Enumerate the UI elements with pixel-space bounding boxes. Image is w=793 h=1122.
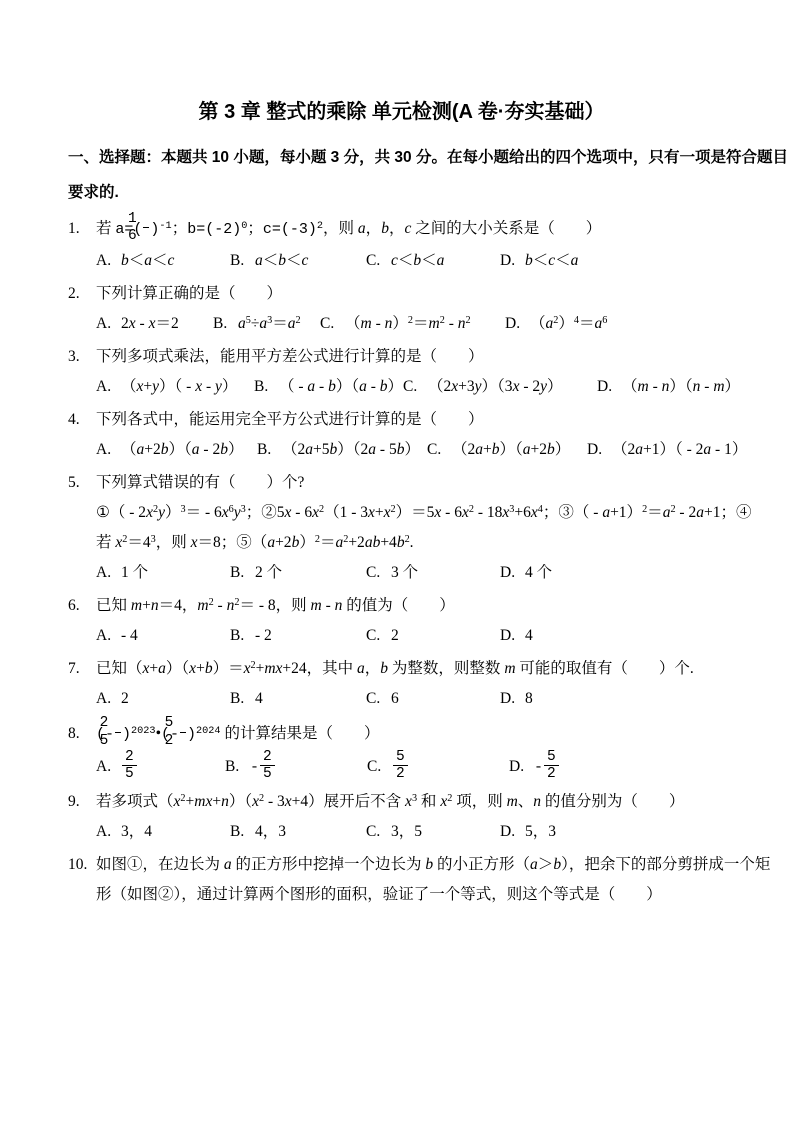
question-stem: 6.已知 m+n＝4，m2 - n2＝ - 8，则 m - n 的值为（ ） xyxy=(68,591,735,621)
option-A: A.3，4 xyxy=(96,817,230,847)
option-label: A. xyxy=(96,621,121,651)
option-label: D. xyxy=(500,684,525,714)
option-text: b＜a＜c xyxy=(121,252,174,269)
option-B: B.-25 xyxy=(225,751,367,784)
question-options: A.2x - x＝2B.a5÷a3＝a2C.（m - n）2＝m2 - n2D.… xyxy=(96,309,735,339)
question-stem: 2.下列计算正确的是（ ） xyxy=(68,279,735,309)
question-text: 下列各式中，能运用完全平方公式进行计算的是（ ） xyxy=(96,411,484,428)
exam-document: 第 3 章 整式的乘除 单元检测(A 卷·夯实基础） 一、选择题：本题共 10 … xyxy=(0,0,793,1122)
option-B: B.（2a+5b）（2a - 5b） xyxy=(257,435,427,465)
question-2: 2.下列计算正确的是（ ）A.2x - x＝2B.a5÷a3＝a2C.（m - … xyxy=(68,279,735,339)
option-text: 2 xyxy=(391,627,399,644)
question-number: 9. xyxy=(68,787,96,817)
option-text: （ - a - b）（a - b） xyxy=(279,378,403,395)
option-label: A. xyxy=(96,752,121,782)
option-text: 25 xyxy=(121,758,138,775)
option-label: A. xyxy=(96,435,121,465)
option-B: B.a5÷a3＝a2 xyxy=(213,309,320,339)
option-label: A. xyxy=(96,817,121,847)
option-label: A. xyxy=(96,558,121,588)
option-C: C.2 xyxy=(366,621,500,651)
option-label: A. xyxy=(96,684,121,714)
question-4: 4.下列各式中，能运用完全平方公式进行计算的是（ ）A.（a+2b）（a - 2… xyxy=(68,405,735,465)
fraction: 52 xyxy=(544,749,559,782)
option-B: B.- 2 xyxy=(230,621,366,651)
question-text: 已知（x+a）（x+b）＝x2+mx+24，其中 a，b 为整数，则整数 m 可… xyxy=(96,660,694,677)
option-label: B. xyxy=(230,621,255,651)
question-text: 若多项式（x2+mx+n）（x2 - 3x+4）展开后不含 x3 和 x2 项，… xyxy=(96,793,684,810)
question-stem: 9.若多项式（x2+mx+n）（x2 - 3x+4）展开后不含 x3 和 x2 … xyxy=(68,787,735,817)
question-number: 4. xyxy=(68,405,96,435)
question-stem: 8.(-25)2023•(-52)2024 的计算结果是（ ） xyxy=(68,717,735,750)
option-D: D.4 xyxy=(500,621,735,651)
option-text: 3 个 xyxy=(391,564,418,581)
option-text: （x+y）（ - x - y） xyxy=(121,378,237,395)
question-10: 10.如图①，在边长为 a 的正方形中挖掉一个边长为 b 的小正方形（a＞b），… xyxy=(68,850,735,910)
option-text: 5，3 xyxy=(525,823,556,840)
fraction: 52 xyxy=(393,749,408,782)
option-text: 8 xyxy=(525,690,533,707)
option-text: （2x+3y）（3x - 2y） xyxy=(428,378,563,395)
question-3: 3.下列多项式乘法，能用平方差公式进行计算的是（ ）A.（x+y）（ - x -… xyxy=(68,342,735,402)
option-label: D. xyxy=(500,558,525,588)
fraction: 25 xyxy=(115,715,121,748)
option-label: B. xyxy=(230,558,255,588)
option-text: 2x - x＝2 xyxy=(121,315,179,332)
option-C: C.（2x+3y）（3x - 2y） xyxy=(403,372,597,402)
option-C: C.（2a+b）（a+2b） xyxy=(427,435,587,465)
option-text: 2 xyxy=(121,690,129,707)
option-text: 52 xyxy=(392,758,409,775)
option-label: C. xyxy=(366,684,391,714)
question-options: A.3，4B.4，3C.3，5D.5，3 xyxy=(96,817,735,847)
option-text: 4 个 xyxy=(525,564,552,581)
option-label: C. xyxy=(366,558,391,588)
option-text: - 4 xyxy=(121,627,138,644)
question-8: 8.(-25)2023•(-52)2024 的计算结果是（ ）A.25B.-25… xyxy=(68,717,735,784)
option-label: D. xyxy=(505,309,530,339)
option-text: （2a+b）（a+2b） xyxy=(452,441,570,458)
option-text: （2a+1）（ - 2a - 1） xyxy=(612,441,747,458)
fraction: 25 xyxy=(122,749,137,782)
option-text: 3，4 xyxy=(121,823,152,840)
option-text: -25 xyxy=(250,758,276,775)
option-C: C.3 个 xyxy=(366,558,500,588)
option-A: A.25 xyxy=(96,751,225,784)
option-label: A. xyxy=(96,372,121,402)
option-text: a＜b＜c xyxy=(255,252,308,269)
option-label: B. xyxy=(230,246,255,276)
option-text: （m - n）（n - m） xyxy=(622,378,740,395)
question-text: (-25)2023•(-52)2024 的计算结果是（ ） xyxy=(96,725,379,742)
question-6: 6.已知 m+n＝4，m2 - n2＝ - 8，则 m - n 的值为（ ）A.… xyxy=(68,591,735,651)
question-number: 10. xyxy=(68,850,96,880)
option-D: D.-52 xyxy=(509,751,735,784)
question-number: 2. xyxy=(68,279,96,309)
option-D: D.5，3 xyxy=(500,817,735,847)
option-A: A.1 个 xyxy=(96,558,230,588)
option-text: 4，3 xyxy=(255,823,286,840)
option-text: 2 个 xyxy=(255,564,282,581)
option-label: C. xyxy=(320,309,345,339)
option-text: a5÷a3＝a2 xyxy=(238,315,301,332)
option-label: C. xyxy=(366,817,391,847)
option-text: - 2 xyxy=(255,627,272,644)
option-text: b＜c＜a xyxy=(525,252,578,269)
question-text: 如图①，在边长为 a 的正方形中挖掉一个边长为 b 的小正方形（a＞b），把余下… xyxy=(96,856,770,903)
option-text: -52 xyxy=(534,758,560,775)
fraction: 52 xyxy=(180,715,186,748)
question-number: 3. xyxy=(68,342,96,372)
question-stem: 7.已知（x+a）（x+b）＝x2+mx+24，其中 a，b 为整数，则整数 m… xyxy=(68,654,735,684)
question-stem: 3.下列多项式乘法，能用平方差公式进行计算的是（ ） xyxy=(68,342,735,372)
question-number: 5. xyxy=(68,468,96,498)
question-options: A.2B.4C.6D.8 xyxy=(96,684,735,714)
option-label: B. xyxy=(225,752,250,782)
option-B: B.a＜b＜c xyxy=(230,246,366,276)
option-C: C.52 xyxy=(367,751,509,784)
option-A: A.2 xyxy=(96,684,230,714)
option-text: c＜b＜a xyxy=(391,252,444,269)
option-A: A.- 4 xyxy=(96,621,230,651)
question-number: 7. xyxy=(68,654,96,684)
option-D: D.b＜c＜a xyxy=(500,246,735,276)
question-1: 1.若 a=(16)-1；b=(-2)0；c=(-3)2，则 a，b，c 之间的… xyxy=(68,213,735,276)
question-options: A.b＜a＜cB.a＜b＜cC.c＜b＜aD.b＜c＜a xyxy=(96,246,735,276)
option-label: C. xyxy=(367,752,392,782)
question-number: 8. xyxy=(68,719,96,749)
fraction: 16 xyxy=(143,211,149,244)
option-C: C.（m - n）2＝m2 - n2 xyxy=(320,309,505,339)
option-label: D. xyxy=(500,621,525,651)
option-text: 4 xyxy=(525,627,533,644)
option-C: C.c＜b＜a xyxy=(366,246,500,276)
question-text: 下列算式错误的有（ ）个? xyxy=(96,474,304,491)
exam-title: 第 3 章 整式的乘除 单元检测(A 卷·夯实基础） xyxy=(68,98,735,126)
question-7: 7.已知（x+a）（x+b）＝x2+mx+24，其中 a，b 为整数，则整数 m… xyxy=(68,654,735,714)
question-options: A.（a+2b）（a - 2b）B.（2a+5b）（2a - 5b）C.（2a+… xyxy=(96,435,735,465)
option-D: D.（a2）4＝a6 xyxy=(505,309,735,339)
question-text: 下列计算正确的是（ ） xyxy=(96,285,282,302)
questions: 1.若 a=(16)-1；b=(-2)0；c=(-3)2，则 a，b，c 之间的… xyxy=(68,213,735,910)
option-label: D. xyxy=(597,372,622,402)
option-D: D.4 个 xyxy=(500,558,735,588)
question-body: ①（ - 2x2y）3＝ - 6x6y3；②5x - 6x2（1 - 3x+x2… xyxy=(96,498,735,558)
question-5: 5.下列算式错误的有（ ）个?①（ - 2x2y）3＝ - 6x6y3；②5x … xyxy=(68,468,735,588)
fraction: 25 xyxy=(260,749,275,782)
option-A: A.（a+2b）（a - 2b） xyxy=(96,435,257,465)
option-label: D. xyxy=(509,752,534,782)
option-D: D.（m - n）（n - m） xyxy=(597,372,740,402)
question-options: A.1 个B.2 个C.3 个D.4 个 xyxy=(96,558,735,588)
option-A: A.b＜a＜c xyxy=(96,246,230,276)
question-stem: 10.如图①，在边长为 a 的正方形中挖掉一个边长为 b 的小正方形（a＞b），… xyxy=(68,850,735,910)
option-label: A. xyxy=(96,309,121,339)
option-label: A. xyxy=(96,246,121,276)
option-label: D. xyxy=(587,435,612,465)
option-text: （a+2b）（a - 2b） xyxy=(121,441,243,458)
option-label: B. xyxy=(230,817,255,847)
option-B: B.4 xyxy=(230,684,366,714)
option-D: D.（2a+1）（ - 2a - 1） xyxy=(587,435,747,465)
question-stem: 1.若 a=(16)-1；b=(-2)0；c=(-3)2，则 a，b，c 之间的… xyxy=(68,213,735,246)
question-number: 1. xyxy=(68,214,96,244)
option-text: 3，5 xyxy=(391,823,422,840)
question-options: A.（x+y）（ - x - y）B.（ - a - b）（a - b）C.（2… xyxy=(96,372,735,402)
question-text: 下列多项式乘法，能用平方差公式进行计算的是（ ） xyxy=(96,348,484,365)
option-D: D.8 xyxy=(500,684,735,714)
section-instructions: 一、选择题：本题共 10 小题，每小题 3 分，共 30 分。在每小题给出的四个… xyxy=(68,140,735,210)
question-options: A.- 4B.- 2C.2D.4 xyxy=(96,621,735,651)
question-text: 已知 m+n＝4，m2 - n2＝ - 8，则 m - n 的值为（ ） xyxy=(96,597,455,614)
option-C: C.3，5 xyxy=(366,817,500,847)
question-number: 6. xyxy=(68,591,96,621)
option-label: C. xyxy=(427,435,452,465)
option-label: D. xyxy=(500,817,525,847)
option-label: D. xyxy=(500,246,525,276)
option-A: A.2x - x＝2 xyxy=(96,309,213,339)
question-stem: 4.下列各式中，能运用完全平方公式进行计算的是（ ） xyxy=(68,405,735,435)
question-9: 9.若多项式（x2+mx+n）（x2 - 3x+4）展开后不含 x3 和 x2 … xyxy=(68,787,735,847)
option-label: C. xyxy=(366,621,391,651)
option-label: B. xyxy=(257,435,282,465)
option-text: （a2）4＝a6 xyxy=(530,315,607,332)
option-label: C. xyxy=(366,246,391,276)
option-text: 4 xyxy=(255,690,263,707)
question-text: 若 a=(16)-1；b=(-2)0；c=(-3)2，则 a，b，c 之间的大小… xyxy=(96,220,601,237)
option-B: B.（ - a - b）（a - b） xyxy=(254,372,403,402)
option-label: B. xyxy=(230,684,255,714)
option-label: C. xyxy=(403,372,428,402)
option-B: B.4，3 xyxy=(230,817,366,847)
option-label: B. xyxy=(254,372,279,402)
option-text: 1 个 xyxy=(121,564,148,581)
option-text: 6 xyxy=(391,690,399,707)
option-B: B.2 个 xyxy=(230,558,366,588)
option-text: （2a+5b）（2a - 5b） xyxy=(282,441,420,458)
question-options: A.25B.-25C.52D.-52 xyxy=(96,751,735,784)
option-label: B. xyxy=(213,309,238,339)
question-stem: 5.下列算式错误的有（ ）个? xyxy=(68,468,735,498)
option-A: A.（x+y）（ - x - y） xyxy=(96,372,254,402)
option-text: （m - n）2＝m2 - n2 xyxy=(345,315,471,332)
option-C: C.6 xyxy=(366,684,500,714)
